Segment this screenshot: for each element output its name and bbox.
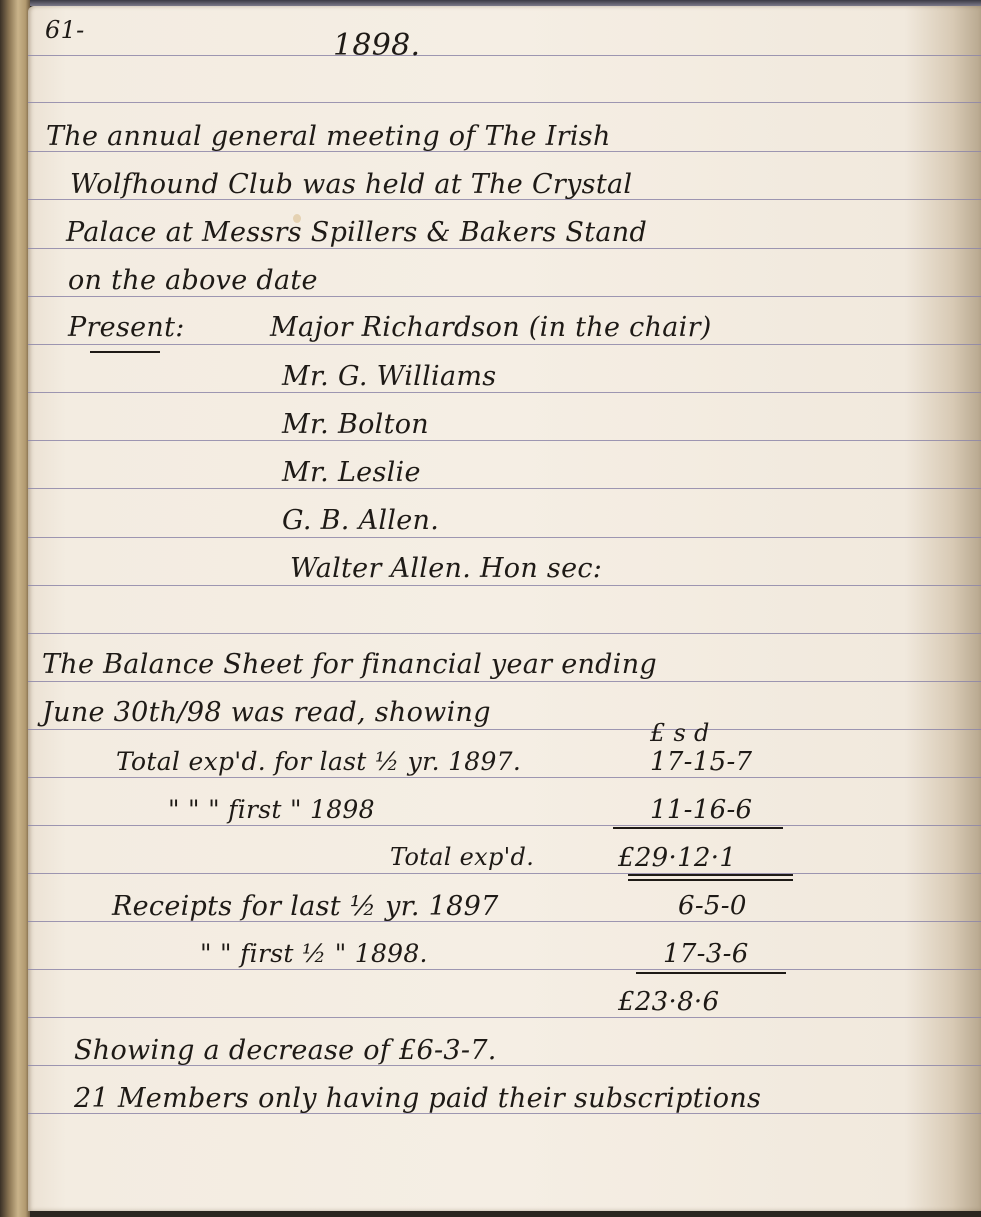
attendee: Mr. G. Williams — [282, 361, 496, 392]
total-expenses-amount: £29·12·1 — [618, 843, 736, 873]
ledger-page: 61- 1898. The annual general meeting of … — [28, 6, 981, 1211]
ruled-line — [28, 969, 981, 970]
ruled-line — [28, 248, 981, 249]
intro-line: Wolfhound Club was held at The Crystal — [70, 169, 632, 200]
receipt-amount: 6-5-0 — [678, 891, 747, 921]
receipt-label: Receipts for last ½ yr. 1897 — [112, 891, 499, 922]
receipt-amount: 17-3-6 — [663, 939, 749, 969]
present-underline — [90, 351, 160, 353]
sum-underline — [636, 972, 786, 974]
balance-line: June 30th/98 was read, showing — [42, 697, 491, 728]
intro-line: The annual general meeting of The Irish — [46, 121, 611, 152]
ruled-line — [28, 440, 981, 441]
ruled-line — [28, 344, 981, 345]
book-spine — [0, 0, 30, 1217]
expense-label: Total exp'd. for last ½ yr. 1897. — [116, 747, 521, 776]
ruled-line — [28, 1017, 981, 1018]
ruled-line — [28, 633, 981, 634]
attendee: Mr. Bolton — [282, 409, 429, 440]
expense-amount: 17-15-7 — [650, 747, 752, 777]
attendee: Mr. Leslie — [282, 457, 421, 488]
expense-label: " " " first " 1898 — [168, 795, 375, 824]
total-expenses-label: Total exp'd. — [390, 843, 534, 871]
ruled-line — [28, 392, 981, 393]
ruled-line — [28, 102, 981, 103]
receipt-label: " " first ½ " 1898. — [200, 939, 428, 968]
members-line: 21 Members only having paid their subscr… — [74, 1083, 761, 1114]
ruled-line — [28, 681, 981, 682]
sum-underline — [613, 827, 783, 829]
total-double-underline — [628, 879, 793, 881]
intro-line: Palace at Messrs Spillers & Bakers Stand — [66, 217, 647, 248]
ruled-line — [28, 777, 981, 778]
attendee: Walter Allen. Hon sec: — [290, 553, 602, 584]
expense-amount: 11-16-6 — [650, 795, 752, 825]
decrease-line: Showing a decrease of £6-3-7. — [74, 1035, 497, 1066]
present-label: Present: — [68, 312, 185, 343]
attendee: G. B. Allen. — [282, 505, 439, 536]
intro-line: on the above date — [68, 265, 318, 296]
page-number: 61- — [45, 16, 85, 44]
ruled-line — [28, 296, 981, 297]
ruled-line — [28, 585, 981, 586]
ruled-line — [28, 729, 981, 730]
attendee: Major Richardson (in the chair) — [270, 312, 712, 343]
currency-header: £ s d — [650, 719, 710, 747]
ruled-line — [28, 488, 981, 489]
ruled-line — [28, 55, 981, 56]
year-heading: 1898. — [333, 28, 420, 63]
ruled-line — [28, 873, 981, 874]
ruled-line — [28, 825, 981, 826]
ruled-line — [28, 537, 981, 538]
total-receipts-amount: £23·8·6 — [618, 987, 719, 1017]
balance-line: The Balance Sheet for financial year end… — [42, 649, 657, 680]
total-double-underline — [628, 874, 793, 876]
